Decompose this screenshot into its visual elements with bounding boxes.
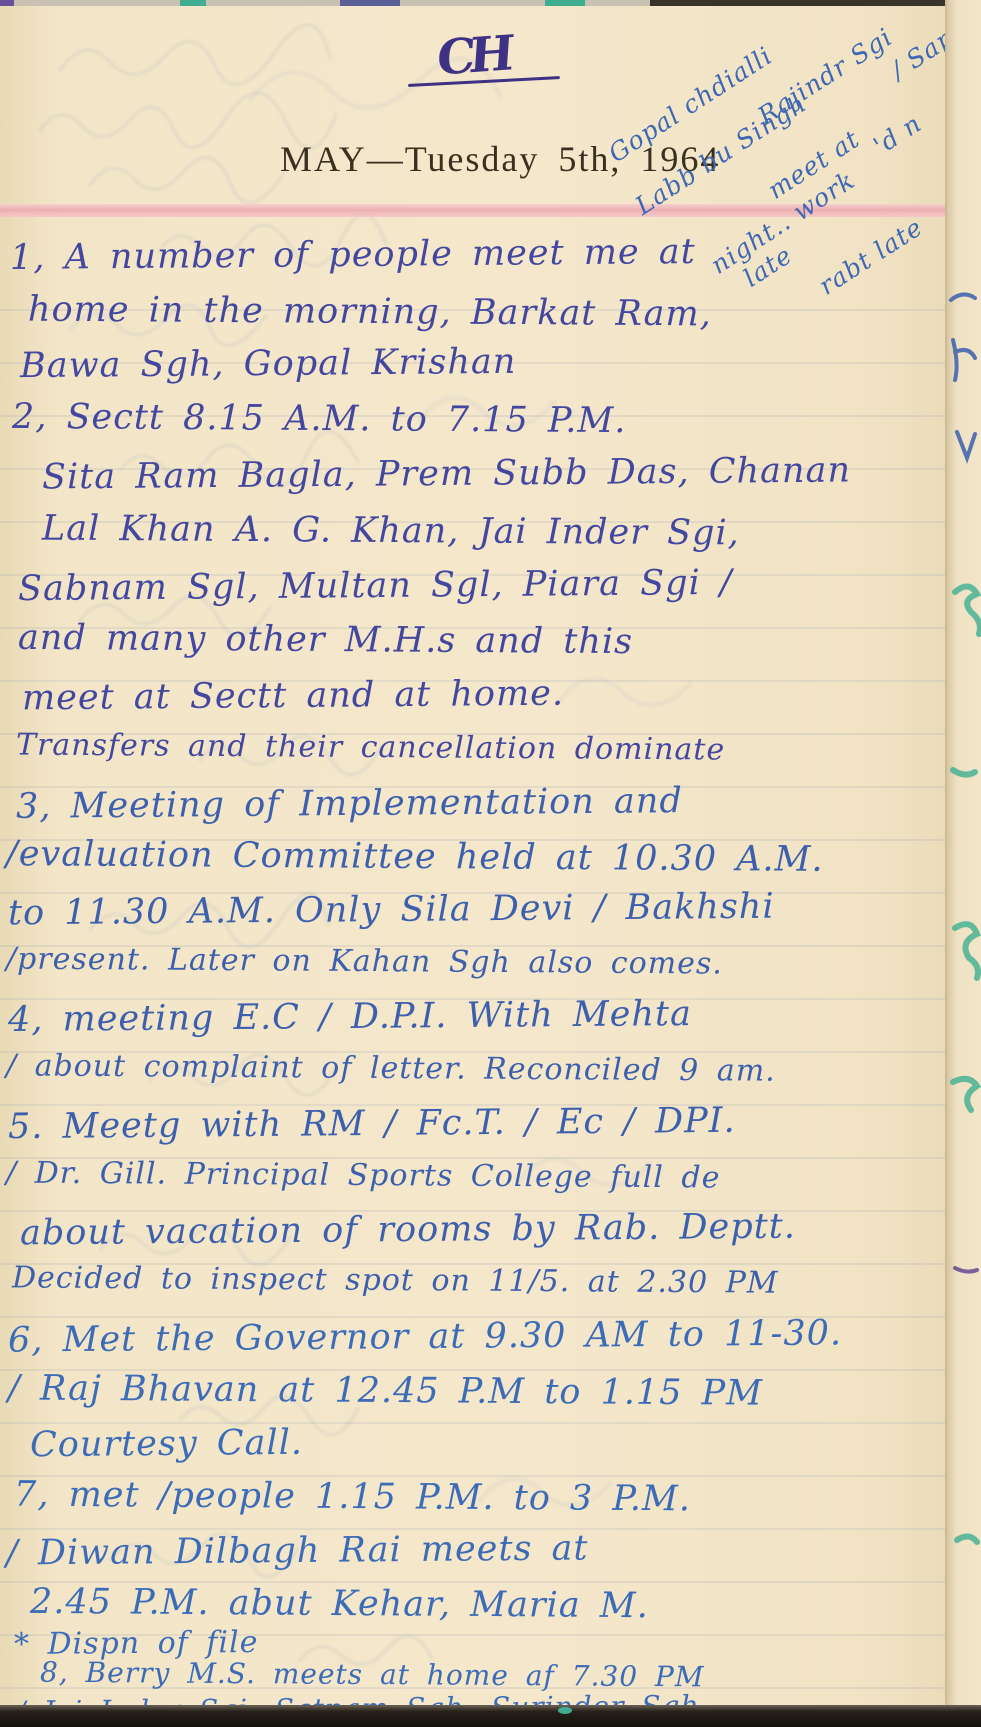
handwritten-line: / Diwan Dilbagh Rai meets at	[6, 1528, 589, 1573]
handwritten-line: /evaluation Committee held at 10.30 A.M.	[6, 834, 824, 880]
handwritten-line: Decided to inspect spot on 11/5. at 2.30…	[12, 1260, 779, 1300]
handwritten-line: Sabnam Sgl, Multan Sgl, Piara Sgi /	[18, 563, 733, 609]
book-edge-shadow	[0, 1705, 981, 1727]
handwritten-line: 7, met /people 1.15 P.M. to 3 P.M.	[14, 1475, 691, 1520]
handwritten-line: 2, Sectt 8.15 A.M. to 7.15 P.M.	[12, 397, 627, 441]
handwritten-line: 1, A number of people meet me at	[10, 232, 696, 278]
stray-ink-marks	[947, 0, 981, 1705]
handwritten-line: to 11.30 A.M. Only Sila Devi / Bakhshi	[8, 887, 775, 934]
handwritten-line: / about complaint of letter. Reconciled …	[6, 1048, 776, 1088]
handwritten-line: about vacation of rooms by Rab. Deptt.	[20, 1207, 796, 1254]
handwritten-line: Courtesy Call.	[30, 1423, 303, 1465]
handwritten-line: / Raj Bhavan at 12.45 P.M to 1.15 PM	[8, 1368, 763, 1413]
handwritten-line: 2.45 P.M. abut Kehar, Maria M.	[30, 1582, 649, 1626]
monogram-ch: CH	[435, 25, 510, 86]
handwritten-line: / Dr. Gill. Principal Sports College ful…	[6, 1156, 721, 1196]
handwritten-line: 3, Meeting of Implementation and	[16, 781, 683, 827]
green-ink-marks	[953, 586, 980, 1542]
handwritten-line: meet at Sectt and at home.	[22, 674, 564, 719]
diary-page-scan: CH MAY—Tuesday 5th, 1964 Gopal chdialli …	[0, 0, 981, 1727]
handwritten-line: 4, meeting E.C / D.P.I. With Mehta	[8, 994, 692, 1040]
handwritten-line: and many other M.H.s and this	[18, 618, 633, 662]
handwritten-line: Bawa Sgh, Gopal Krishan	[20, 342, 517, 386]
ink-fragment	[951, 294, 975, 458]
handwritten-line: 5. Meetg with RM / Fc.T. / Ec / DPI.	[8, 1101, 736, 1147]
previous-page-edge	[0, 0, 981, 6]
handwritten-line: 8, Berry M.S. meets at home af 7.30 PM	[40, 1656, 705, 1694]
handwritten-line: Transfers and their cancellation dominat…	[16, 728, 725, 768]
facing-page-edge	[945, 0, 981, 1705]
handwritten-line: Lal Khan A. G. Khan, Jai Inder Sgi,	[42, 509, 740, 554]
handwritten-line: 6, Met the Governor at 9.30 AM to 11-30.	[8, 1313, 842, 1360]
green-ink-fleck	[558, 1707, 572, 1714]
handwritten-line: home in the morning, Barkat Ram,	[28, 290, 712, 335]
ink-fragment	[955, 1268, 977, 1272]
handwritten-line: Sita Ram Bagla, Prem Subb Das, Chanan	[42, 450, 851, 497]
handwritten-line: /present. Later on Kahan Sgh also comes.	[6, 941, 723, 981]
